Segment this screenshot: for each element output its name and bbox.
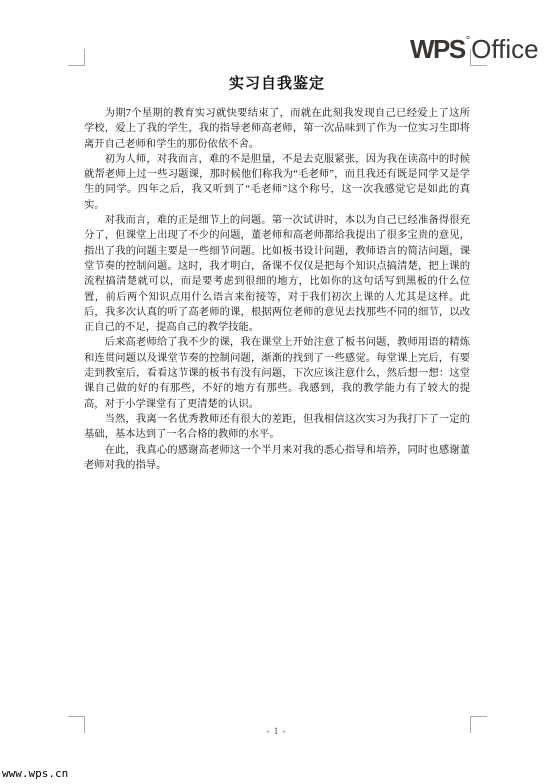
paragraph: 后来高老师给了我不少的课，我在课堂上开始注意了板书问题，教师用语的精炼和连贯问题…: [84, 335, 470, 411]
wps-logo-text: WPS: [410, 34, 465, 64]
document-page: WPS°Office 实习自我鉴定 为期7个星期的教育实习就快要结束了，而就在此…: [0, 0, 553, 784]
paragraph: 初为人师，对我而言，难的不是胆量，不是去克服紧张，因为我在读高中的时候就帮老师上…: [84, 152, 470, 213]
site-watermark: www.wps.cn: [2, 767, 68, 780]
page-number: - 1 -: [0, 726, 553, 736]
paragraph: 在此，我真心的感谢高老师这一个半月来对我的悉心指导和培养，同时也感谢董老师对我的…: [84, 443, 470, 474]
paragraph: 为期7个星期的教育实习就快要结束了，而就在此刻我发现自己已经爱上了这所学校，爱上…: [84, 106, 470, 152]
paragraph: 当然，我离一名优秀教师还有很大的差距，但我相信这次实习为我打下了一定的基础，基本…: [84, 412, 470, 443]
paragraph: 对我而言，难的正是细节上的问题。第一次试讲时，本以为自己已经准备得很充分了，但课…: [84, 213, 470, 335]
crop-mark-top-left: [68, 49, 85, 66]
crop-mark-top-right: [470, 49, 487, 66]
document-content: 实习自我鉴定 为期7个星期的教育实习就快要结束了，而就在此刻我发现自己已经爱上了…: [84, 66, 470, 473]
document-title: 实习自我鉴定: [84, 72, 470, 93]
document-body: 为期7个星期的教育实习就快要结束了，而就在此刻我发现自己已经爱上了这所学校，爱上…: [84, 106, 470, 473]
registered-mark-icon: °: [466, 35, 470, 47]
